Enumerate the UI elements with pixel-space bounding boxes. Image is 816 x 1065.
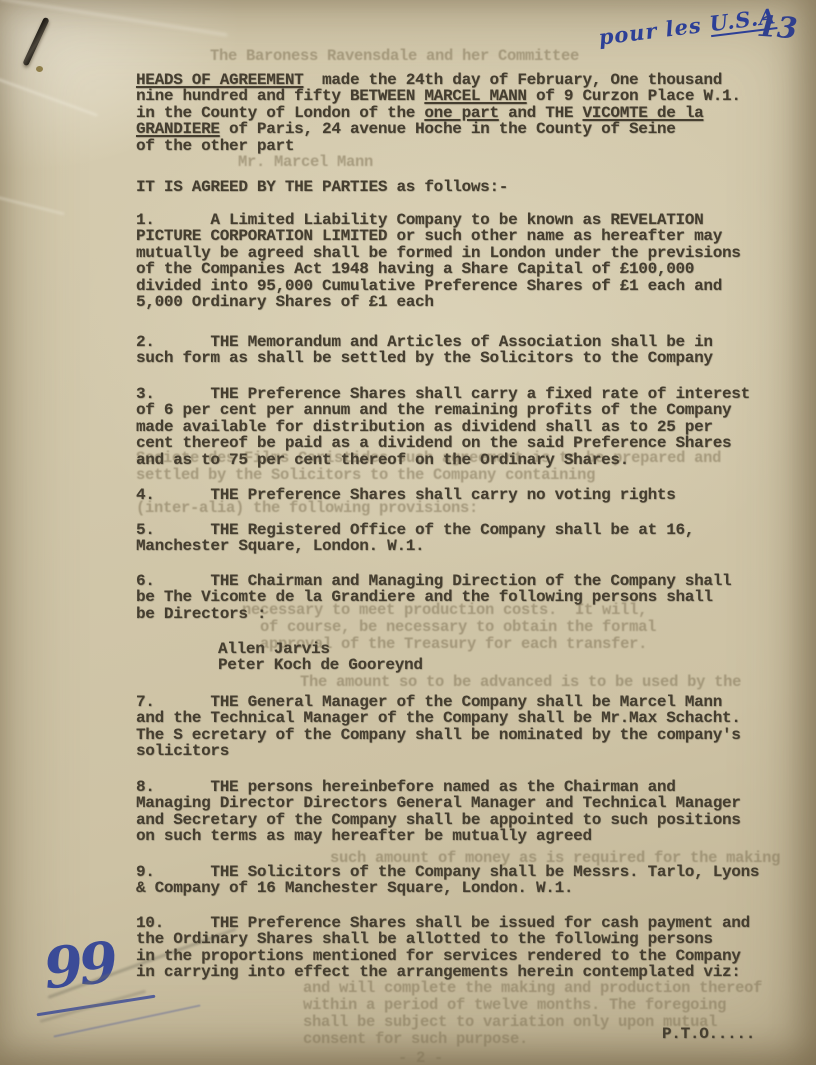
- paper-crease: [0, 0, 227, 36]
- pto-note: P.T.O.....: [662, 1026, 755, 1042]
- handwritten-page-number: 13: [756, 9, 799, 46]
- clause-3: 3. THE Preference Shares shall carry a f…: [136, 386, 750, 468]
- staple-rust-mark: [36, 66, 43, 72]
- document-heading: HEADS OF AGREEMENT made the 24th day of …: [136, 72, 741, 154]
- ghost-text-name: Mr. Marcel Mann: [238, 154, 373, 171]
- paper-crease: [0, 76, 98, 116]
- margin-figure-99: 99: [41, 930, 117, 1003]
- ghost-text-mid2b: The amount so to be advanced is to be us…: [300, 674, 741, 691]
- staple-mark-icon: [22, 17, 49, 67]
- ghost-page-footer: - 2 -: [398, 1050, 443, 1065]
- clause-9: 9. THE Solicitors of the Company shall b…: [136, 864, 759, 897]
- paper-crease: [0, 196, 64, 215]
- clause-1: 1. A Limited Liability Company to be kno…: [136, 212, 741, 310]
- clause-8: 8. THE persons hereinbefore named as the…: [136, 779, 741, 845]
- clause-6: 6. THE Chairman and Managing Direction o…: [136, 573, 731, 622]
- directors-list: Allen Jarvis Peter Koch de Gooreynd: [218, 641, 423, 674]
- scanned-document-page: The Baroness Ravensdale and her Committe…: [0, 0, 816, 1065]
- agreed-line: IT IS AGREED BY THE PARTIES as follows:-: [136, 179, 508, 195]
- clause-7: 7. THE General Manager of the Company sh…: [136, 694, 741, 760]
- ghost-text-header: The Baroness Ravensdale and her Committe…: [210, 48, 579, 65]
- clause-4: 4. THE Preference Shares shall carry no …: [136, 487, 676, 503]
- clause-10: 10. THE Preference Shares shall be issue…: [136, 915, 750, 981]
- handwritten-note-usa: pour les U.S.A: [597, 3, 777, 50]
- clause-2: 2. THE Memorandum and Articles of Associ…: [136, 334, 713, 367]
- clause-5: 5. THE Registered Office of the Company …: [136, 522, 694, 555]
- note-prefix: pour les: [597, 11, 711, 49]
